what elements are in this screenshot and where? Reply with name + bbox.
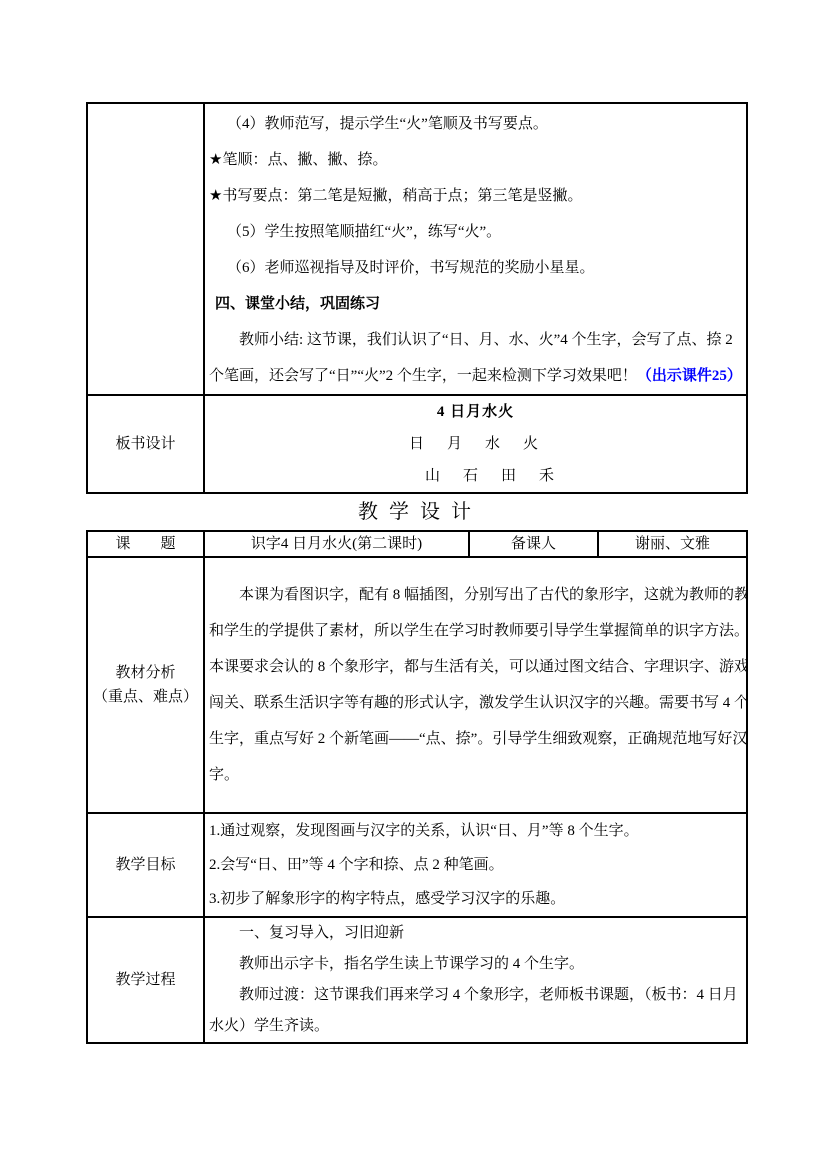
step-4-line: （4）教师范写，提示学生“火”笔顺及书写要点。: [209, 106, 742, 142]
analysis-line-3: 本课要求会认的 8 个象形字，都与生活有关，可以通过图文结合、字理识字、游戏: [209, 649, 742, 685]
process-row: 教学过程 一、复习导入，习旧迎新 教师出示字卡，指名学生读上节课学习的 4 个生…: [87, 917, 747, 1043]
teaching-steps-cell: （4）教师范写，提示学生“火”笔顺及书写要点。 ★笔顺：点、撇、撇、捺。 ★书写…: [204, 103, 747, 395]
summary-text: 个笔画，还会写了“日”“火”2 个生字，一起来检测下学习效果吧！: [209, 368, 637, 384]
objectives-cell: 1.通过观察，发现图画与汉字的关系，认识“日、月”等 8 个生字。 2.会写“日…: [204, 813, 747, 917]
topic-label-cell: 课 题: [87, 531, 204, 557]
process-cell: 一、复习导入，习旧迎新 教师出示字卡，指名学生读上节课学习的 4 个生字。 教师…: [204, 917, 747, 1043]
material-analysis-sublabel: （重点、难点）: [92, 685, 199, 709]
analysis-line-4: 闯关、联系生活识字等有趣的形式认字，激发学生认识汉字的兴趣。需要书写 4 个: [209, 685, 742, 721]
material-analysis-cell: 本课为看图识字，配有 8 幅插图，分别写出了古代的象形字，这就为教师的教 和学生…: [204, 557, 747, 813]
board-design-label: 板书设计: [87, 395, 204, 493]
objective-3: 3.初步了解象形字的构字特点，感受学习汉字的乐趣。: [209, 882, 742, 916]
material-analysis-row: 教材分析 （重点、难点） 本课为看图识字，配有 8 幅插图，分别写出了古代的象形…: [87, 557, 747, 813]
writing-points-line: ★书写要点：第二笔是短撇，稍高于点；第三笔是竖撇。: [209, 178, 742, 214]
lesson-plan-document-page: （4）教师范写，提示学生“火”笔顺及书写要点。 ★笔顺：点、撇、撇、捺。 ★书写…: [0, 0, 827, 1170]
preparer-name-cell: 谢丽、文雅: [598, 531, 747, 557]
process-line-1: 一、复习导入，习旧迎新: [209, 918, 742, 949]
teaching-steps-row: （4）教师范写，提示学生“火”笔顺及书写要点。 ★笔顺：点、撇、撇、捺。 ★书写…: [87, 103, 747, 395]
material-analysis-label: 教材分析: [92, 661, 199, 685]
analysis-line-2: 和学生的学提供了素材，所以学生在学习时教师要引导学生掌握简单的识字方法。: [209, 613, 742, 649]
stroke-order-line: ★笔顺：点、撇、撇、捺。: [209, 142, 742, 178]
analysis-line-5: 生字，重点写好 2 个新笔画——“点、捺”。引导学生细致观察，正确规范地写好汉: [209, 721, 742, 757]
process-line-4: 水火）学生齐读。: [209, 1011, 742, 1042]
board-title: 4 日月水火: [209, 396, 742, 428]
objectives-row: 教学目标 1.通过观察，发现图画与汉字的关系，认识“日、月”等 8 个生字。 2…: [87, 813, 747, 917]
board-chars-row-1: 日 月 水 火: [209, 428, 742, 460]
analysis-line-6: 字。: [209, 757, 742, 793]
board-design-row: 板书设计 4 日月水火 日 月 水 火 山 石 田 禾: [87, 395, 747, 493]
board-chars-row-2: 山 石 田 禾: [225, 460, 747, 492]
objectives-label: 教学目标: [87, 813, 204, 917]
preparer-label-cell: 备课人: [469, 531, 598, 557]
objective-2: 2.会写“日、田”等 4 个字和捺、点 2 种笔画。: [209, 848, 742, 882]
board-design-cell: 4 日月水火 日 月 水 火 山 石 田 禾: [204, 395, 747, 493]
analysis-line-1: 本课为看图识字，配有 8 幅插图，分别写出了古代的象形字，这就为教师的教: [209, 577, 742, 613]
topic-value-cell: 识字4 日月水火(第二课时): [204, 531, 469, 557]
teaching-design-table: 课 题 识字4 日月水火(第二课时) 备课人 谢丽、文雅 教材分析 （重点、难点…: [86, 530, 748, 1044]
teaching-design-title: 教 学 设 计: [86, 494, 746, 530]
process-line-2: 教师出示字卡，指名学生读上节课学习的 4 个生字。: [209, 949, 742, 980]
document-content-column: （4）教师范写，提示学生“火”笔顺及书写要点。 ★笔顺：点、撇、撇、捺。 ★书写…: [86, 102, 746, 1044]
empty-label-cell: [87, 103, 204, 395]
step-6-line: （6）老师巡视指导及时评价，书写规范的奖励小星星。: [209, 250, 742, 286]
process-label: 教学过程: [87, 917, 204, 1043]
courseware-reference: （出示课件25）: [637, 368, 742, 384]
material-analysis-label-cell: 教材分析 （重点、难点）: [87, 557, 204, 813]
topic-header-row: 课 题 识字4 日月水火(第二课时) 备课人 谢丽、文雅: [87, 531, 747, 557]
lesson-continuation-table: （4）教师范写，提示学生“火”笔顺及书写要点。 ★笔顺：点、撇、撇、捺。 ★书写…: [86, 102, 748, 494]
teacher-summary-line-1: 教师小结: 这节课，我们认识了“日、月、水、火”4 个生字，会写了点、捺 2: [209, 322, 742, 358]
objective-1: 1.通过观察，发现图画与汉字的关系，认识“日、月”等 8 个生字。: [209, 814, 742, 848]
teacher-summary-line-2: 个笔画，还会写了“日”“火”2 个生字，一起来检测下学习效果吧！（出示课件25）: [209, 358, 742, 394]
section-four-heading: 四、课堂小结，巩固练习: [209, 286, 742, 322]
process-line-3: 教师过渡：这节课我们再来学习 4 个象形字，老师板书课题，（板书：4 日月: [209, 980, 742, 1011]
step-5-line: （5）学生按照笔顺描红“火”，练写“火”。: [209, 214, 742, 250]
